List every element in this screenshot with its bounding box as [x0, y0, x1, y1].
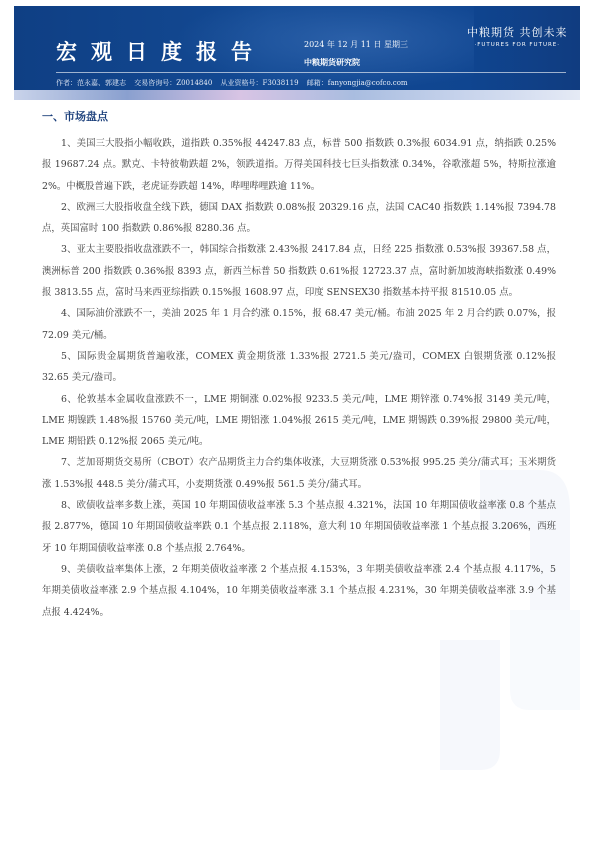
- paragraph-us-bonds: 9、美债收益率集体上涨，2 年期美债收益率涨 2 个基点报 4.153%，3 年…: [42, 559, 556, 623]
- section-title-market-review: 一、市场盘点: [42, 108, 556, 124]
- report-content: 一、市场盘点 1、美国三大股指小幅收跌，道指跌 0.35%报 44247.83 …: [42, 108, 556, 623]
- paragraph-oil: 4、国际油价涨跌不一，美油 2025 年 1 月合约涨 0.15%，报 68.4…: [42, 303, 556, 346]
- paragraph-eu-bonds: 8、欧债收益率多数上涨，英国 10 年期国债收益率涨 5.3 个基点报 4.32…: [42, 495, 556, 559]
- report-date: 2024 年 12 月 11 日 星期三: [304, 39, 408, 50]
- header-divider: [56, 72, 566, 73]
- paragraph-base-metals: 6、伦敦基本金属收盘涨跌不一，LME 期铜涨 0.02%报 9233.5 美元/…: [42, 389, 556, 453]
- author-names: 作者：范永嘉、郭建志: [56, 79, 126, 87]
- paragraph-eu-stocks: 2、欧洲三大股指收盘全线下跌，德国 DAX 指数跌 0.08%报 20329.1…: [42, 197, 556, 240]
- paragraph-precious-metals: 5、国际贵金属期货普遍收涨，COMEX 黄金期货涨 1.33%报 2721.5 …: [42, 346, 556, 389]
- header-banner: 宏观日度报告 2024 年 12 月 11 日 星期三 中粮期货研究院 中粮期货…: [14, 6, 580, 90]
- report-title: 宏观日度报告: [56, 36, 266, 66]
- practice-license: 从业资格号：F3038119: [221, 79, 299, 87]
- brand-slogan-en: ·FUTURES FOR FUTURE·: [467, 42, 568, 48]
- author-email: 邮箱：fanyongjia@cofco.com: [307, 79, 408, 87]
- paragraph-us-stocks: 1、美国三大股指小幅收跌，道指跌 0.35%报 44247.83 点，标普 50…: [42, 133, 556, 197]
- report-header: 宏观日度报告 2024 年 12 月 11 日 星期三 中粮期货研究院 中粮期货…: [0, 6, 595, 98]
- brand-logo-text: 中粮期货 共创未来 ·FUTURES FOR FUTURE·: [467, 24, 568, 48]
- paragraph-apac-stocks: 3、亚太主要股指收盘涨跌不一，韩国综合指数涨 2.43%报 2417.84 点，…: [42, 239, 556, 303]
- trade-license: 交易咨询号：Z0014840: [134, 79, 212, 87]
- brand-slogan-cn: 中粮期货 共创未来: [467, 24, 568, 40]
- paragraph-agriculture: 7、芝加哥期货交易所（CBOT）农产品期货主力合约集体收涨，大豆期货涨 0.53…: [42, 452, 556, 495]
- header-image-strip: [14, 90, 580, 100]
- author-info: 作者：范永嘉、郭建志 交易咨询号：Z0014840 从业资格号：F3038119…: [56, 78, 414, 88]
- institute-name: 中粮期货研究院: [304, 57, 360, 68]
